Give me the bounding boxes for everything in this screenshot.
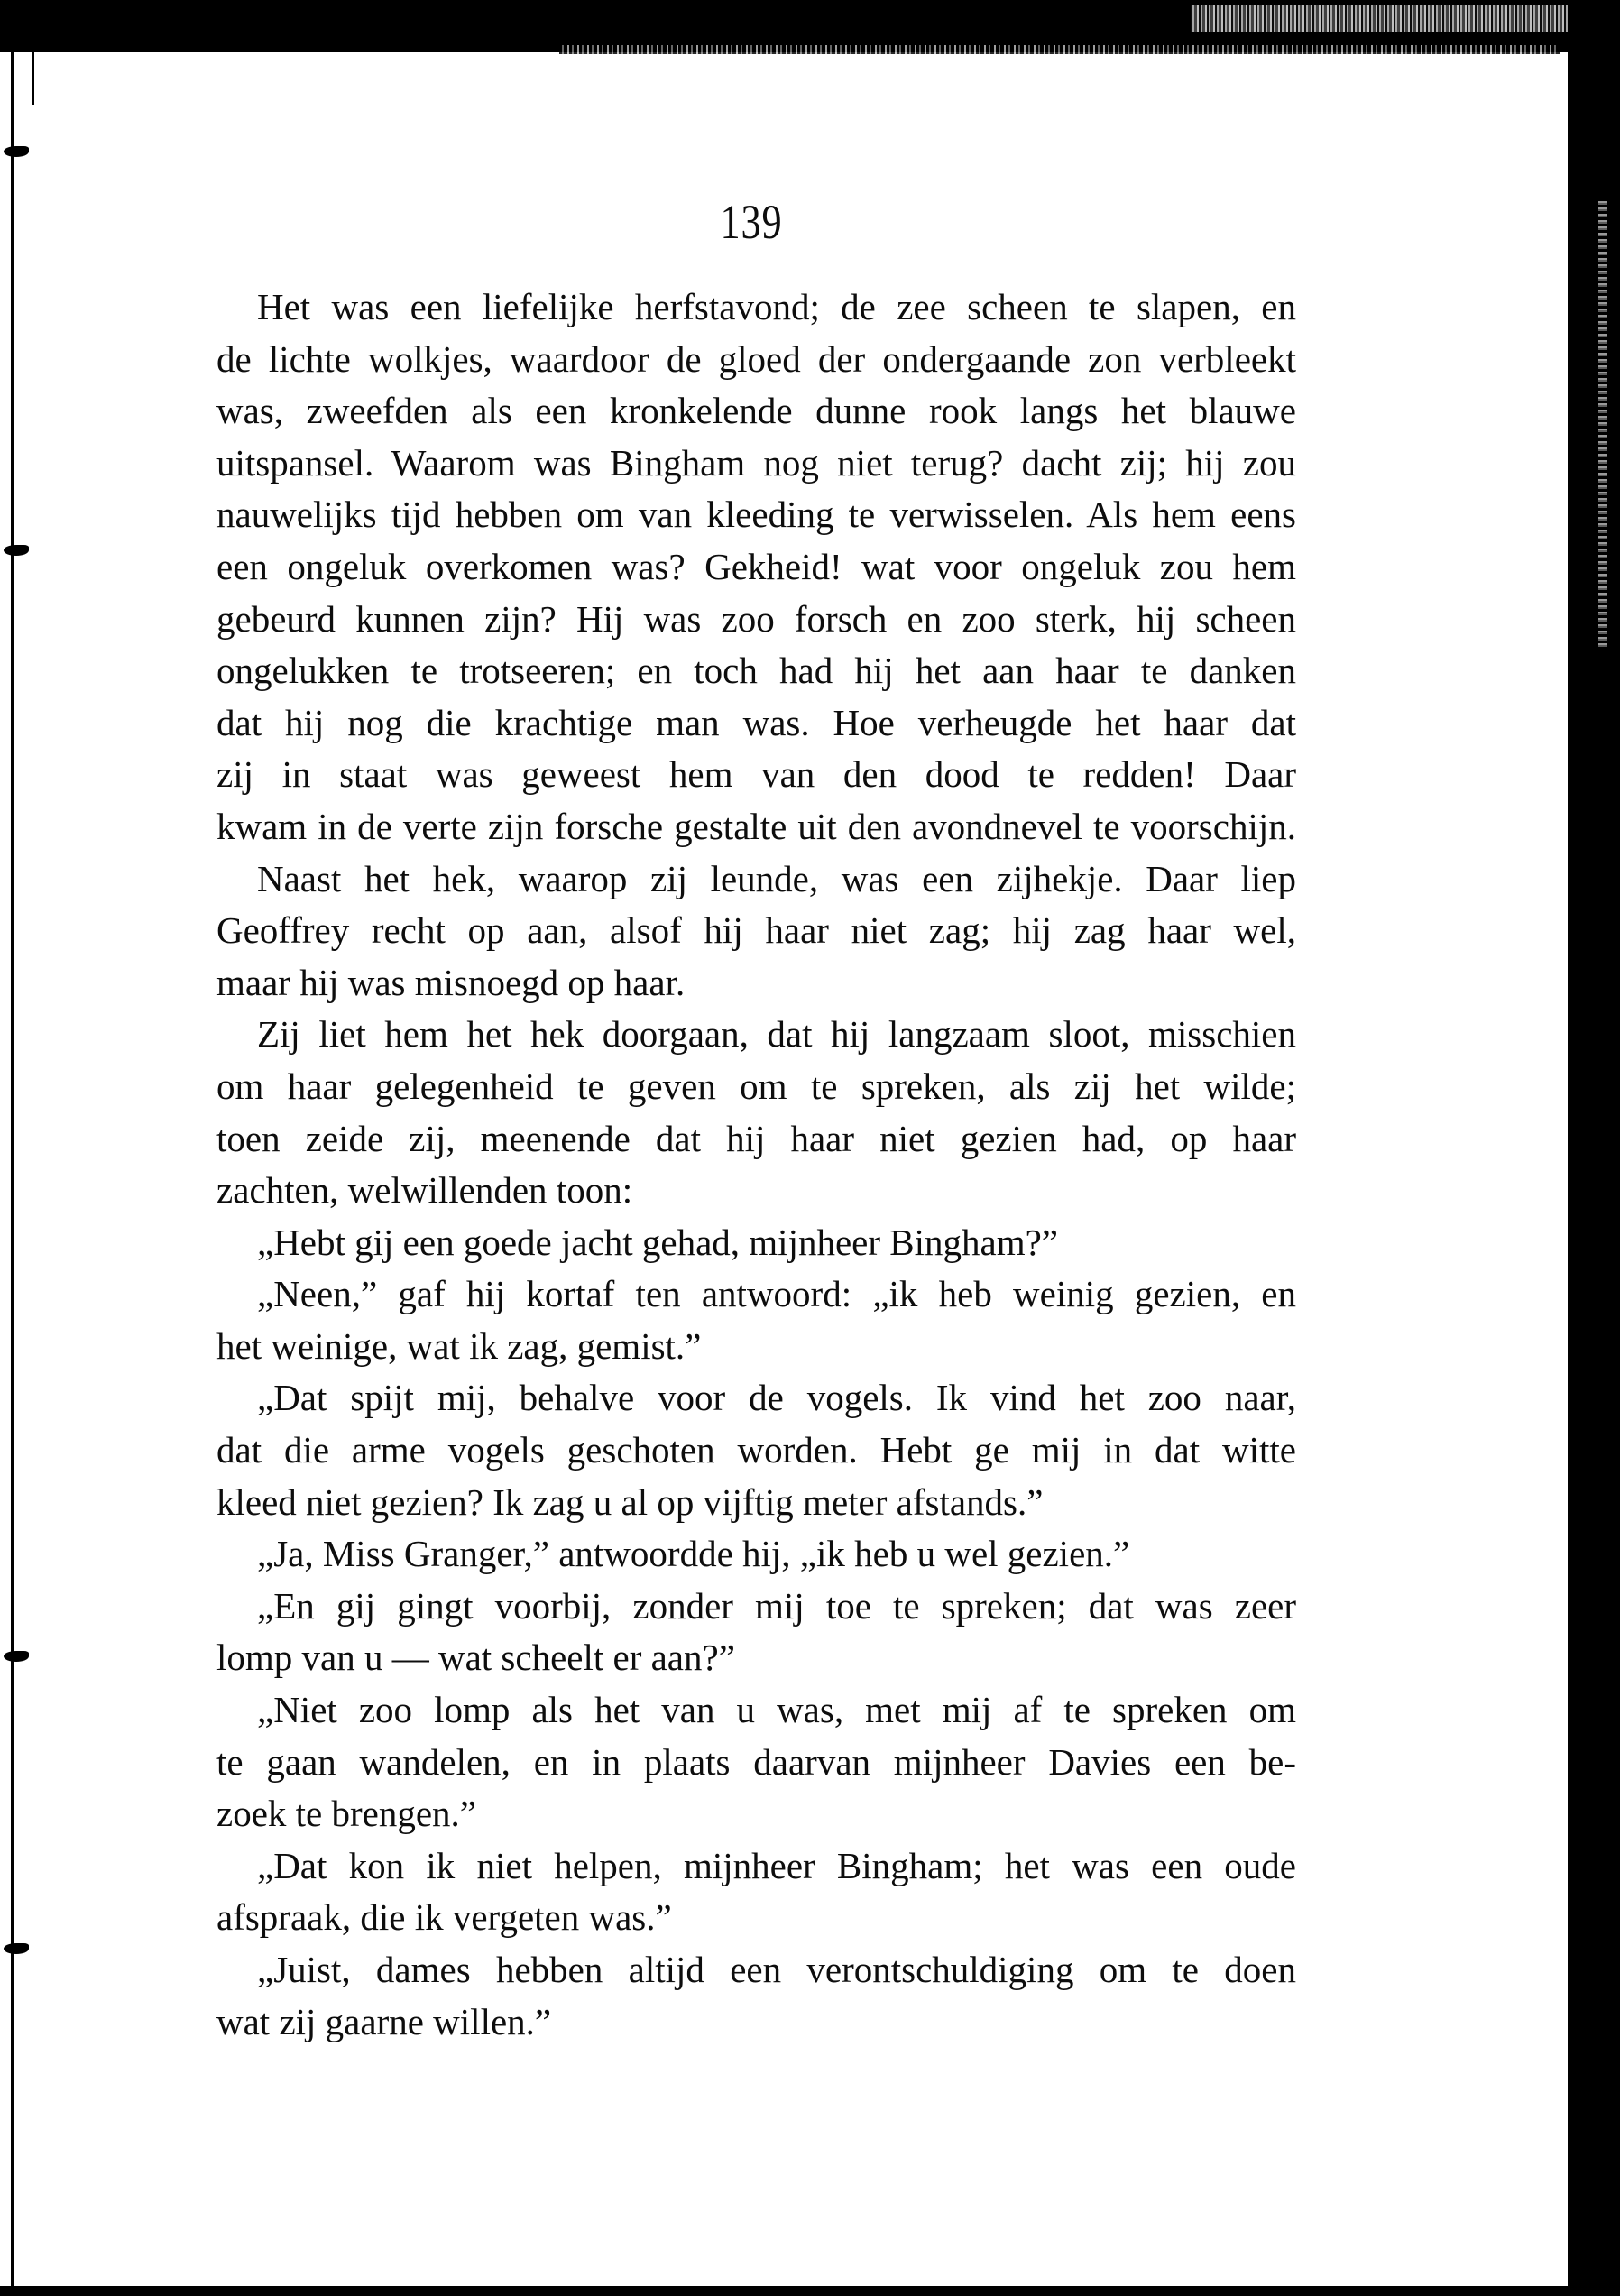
text-line: lomp van u — wat scheelt er aan?” — [216, 1632, 1296, 1684]
scan-noise-top-right — [1191, 5, 1569, 32]
text-line: Naast het hek, waarop zij leunde, was ee… — [216, 853, 1296, 906]
text-line: de lichte wolkjes, waardoor de gloed der… — [216, 334, 1296, 386]
text-line: „En gij gingt voorbij, zonder mij toe te… — [216, 1581, 1296, 1633]
text-line: „Dat spijt mij, behalve voor de vogels. … — [216, 1372, 1296, 1425]
text-line: Het was een liefelijke herfstavond; de z… — [216, 281, 1296, 334]
page-number: 139 — [135, 193, 1367, 251]
scan-border-right — [1568, 0, 1620, 2296]
scan-binding-mark — [4, 1943, 29, 1954]
text-line: „Juist, dames hebben altijd een verontsc… — [216, 1944, 1296, 1996]
text-line: „Hebt gij een goede jacht gehad, mijnhee… — [216, 1217, 1296, 1269]
text-line: kwam in de verte zijn forsche gestalte u… — [216, 801, 1296, 853]
scan-noise-right — [1598, 198, 1607, 650]
scan-binding-mark — [4, 1651, 29, 1662]
text-line: zoek te brengen.” — [216, 1788, 1296, 1840]
text-line: maar hij was misnoegd op haar. — [216, 957, 1296, 1010]
scan-binding-mark — [4, 146, 29, 157]
text-line: ongelukken te trotseeren; en toch had hi… — [216, 645, 1296, 697]
text-line: het weinige, wat ik zag, gemist.” — [216, 1321, 1296, 1373]
scan-noise-top — [559, 45, 1560, 54]
text-line: dat hij nog die krachtige man was. Hoe v… — [216, 697, 1296, 750]
text-line: zachten, welwillenden toon: — [216, 1165, 1296, 1217]
text-line: kleed niet gezien? Ik zag u al op vijfti… — [216, 1477, 1296, 1529]
text-line: toen zeide zij, meenende dat hij haar ni… — [216, 1113, 1296, 1166]
scan-border-bottom — [0, 2286, 1620, 2296]
text-line: nauwelijks tijd hebben om van kleeding t… — [216, 489, 1296, 541]
text-line: „Dat kon ik niet helpen, mijnheer Bingha… — [216, 1840, 1296, 1893]
text-line: wat zij gaarne willen.” — [216, 1996, 1296, 2049]
scan-binding-mark — [4, 545, 29, 556]
text-line: om haar gelegenheid te geven om te sprek… — [216, 1061, 1296, 1113]
text-line: uitspansel. Waarom was Bingham nog niet … — [216, 438, 1296, 490]
text-line: afspraak, die ik vergeten was.” — [216, 1892, 1296, 1944]
text-line: dat die arme vogels geschoten worden. He… — [216, 1425, 1296, 1477]
body-text: Het was een liefelijke herfstavond; de z… — [216, 281, 1296, 2048]
text-line: Zij liet hem het hek doorgaan, dat hij l… — [216, 1009, 1296, 1061]
text-line: Geoffrey recht op aan, alsof hij haar ni… — [216, 905, 1296, 957]
text-line: zij in staat was geweest hem van den doo… — [216, 749, 1296, 801]
scan-binding-line-secondary — [32, 51, 34, 105]
text-line: „Ja, Miss Granger,” antwoordde hij, „ik … — [216, 1528, 1296, 1581]
text-line: „Niet zoo lomp als het van u was, met mi… — [216, 1684, 1296, 1737]
text-line: een ongeluk overkomen was? Gekheid! wat … — [216, 541, 1296, 594]
text-line: te gaan wandelen, en in plaats daarvan m… — [216, 1737, 1296, 1789]
text-line: gebeurd kunnen zijn? Hij was zoo forsch … — [216, 594, 1296, 646]
text-line: „Neen,” gaf hij kortaf ten antwoord: „ik… — [216, 1268, 1296, 1321]
text-line: was, zweefden als een kronkelende dunne … — [216, 385, 1296, 438]
